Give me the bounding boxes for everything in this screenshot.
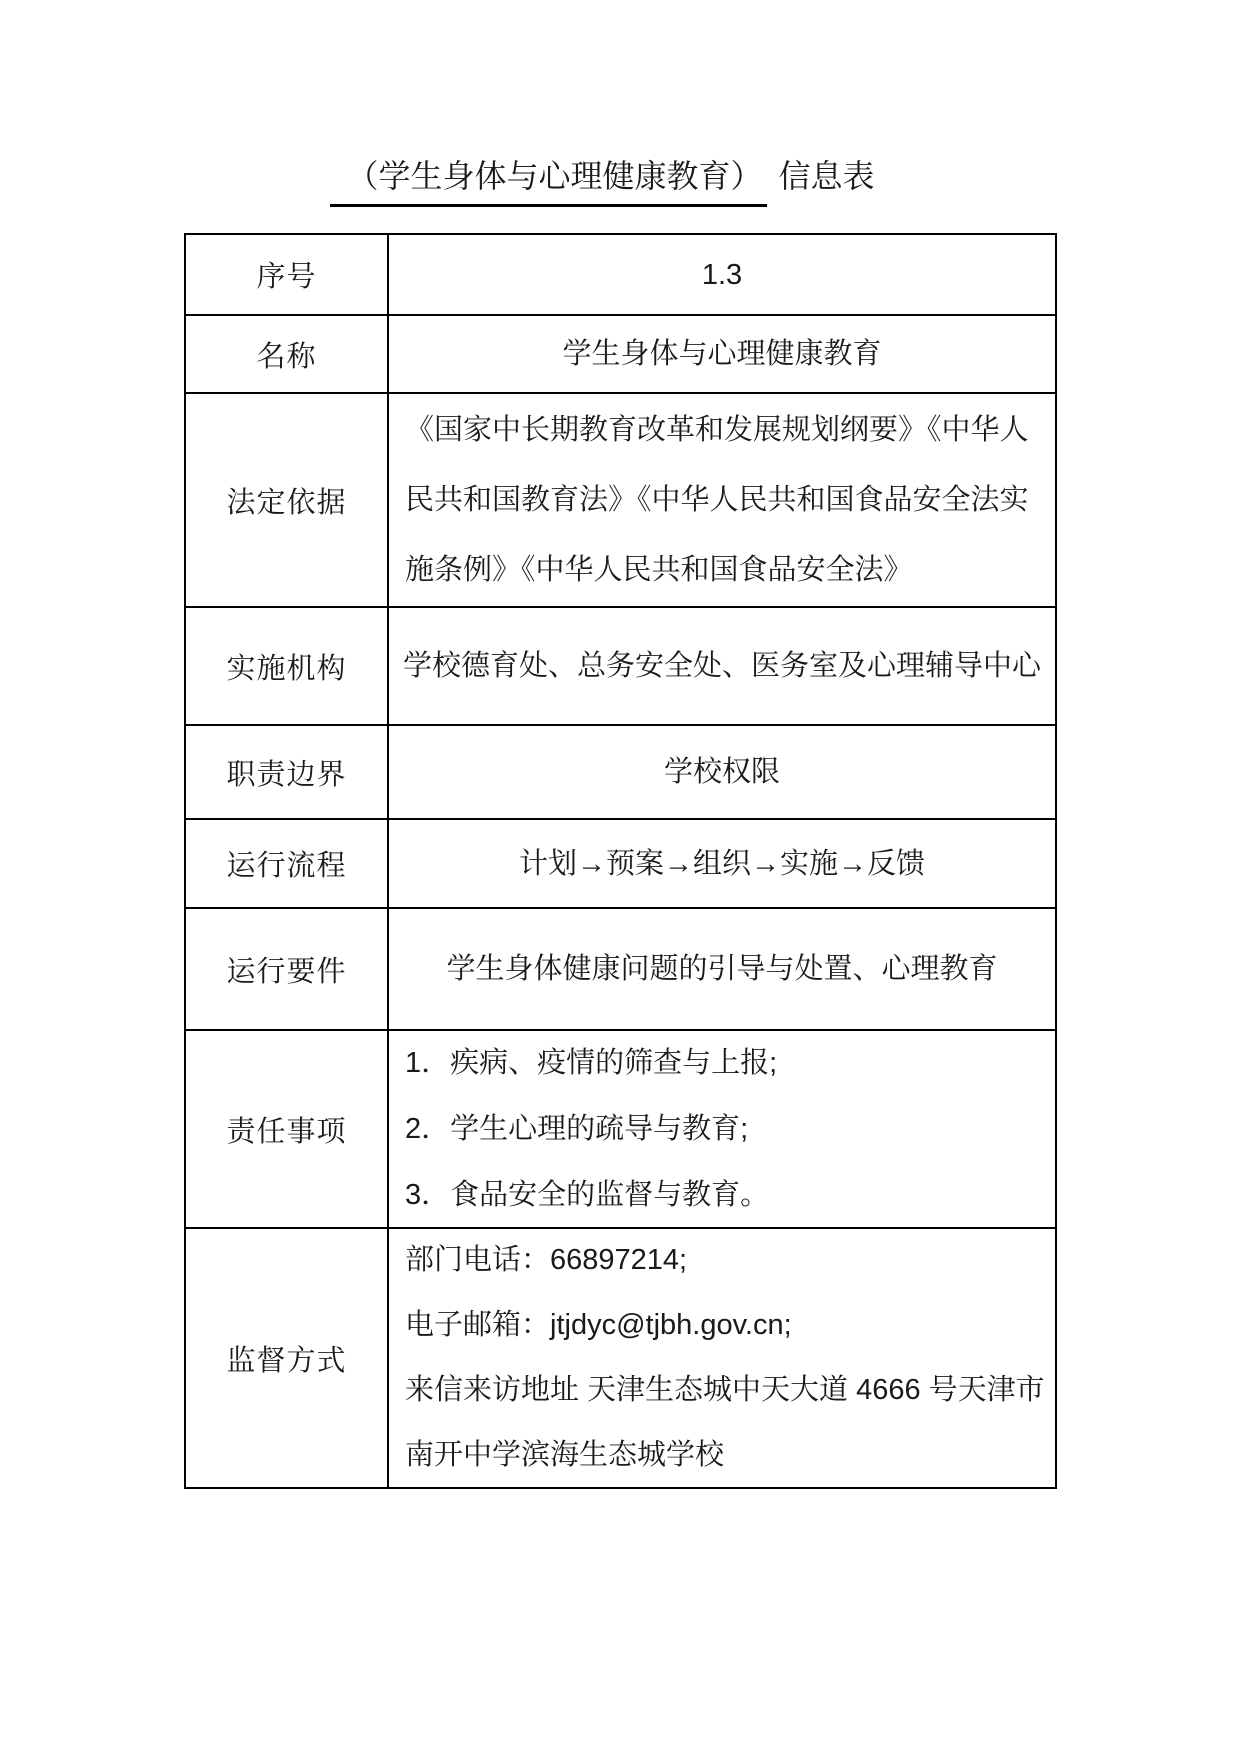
row-legal-basis-label: 法定依据 xyxy=(186,394,389,606)
row-name-label: 名称 xyxy=(186,316,389,392)
page-title: （学生身体与心理健康教育）信息表 xyxy=(0,152,1241,207)
row-responsibility-items-value: 1．疾病、疫情的筛查与上报; 2．学生心理的疏导与教育; 3．食品安全的监督与教… xyxy=(389,1031,1055,1227)
info-table: 序号 1.3 名称 学生身体与心理健康教育 法定依据 《国家中长期教育改革和发展… xyxy=(184,233,1057,1489)
row-name-value: 学生身体与心理健康教育 xyxy=(389,316,1055,392)
row-operation-requirements: 运行要件 学生身体健康问题的引导与处置、心理教育 xyxy=(186,909,1055,1031)
title-underlined-part: （学生身体与心理健康教育） xyxy=(330,152,766,207)
row-operation-process-label: 运行流程 xyxy=(186,820,389,907)
row-operation-requirements-label: 运行要件 xyxy=(186,909,389,1029)
row-operation-requirements-value: 学生身体健康问题的引导与处置、心理教育 xyxy=(389,909,1055,1029)
row-responsibility-items-label: 责任事项 xyxy=(186,1031,389,1227)
row-supervision-method-label: 监督方式 xyxy=(186,1229,389,1487)
row-responsibility-boundary: 职责边界 学校权限 xyxy=(186,726,1055,820)
row-implementing-agency: 实施机构 学校德育处、总务安全处、医务室及心理辅导中心 xyxy=(186,608,1055,726)
row-operation-process-value: 计划→预案→组织→实施→反馈 xyxy=(389,820,1055,907)
row-serial-number-value: 1.3 xyxy=(389,235,1055,314)
row-name: 名称 学生身体与心理健康教育 xyxy=(186,316,1055,394)
row-responsibility-boundary-label: 职责边界 xyxy=(186,726,389,818)
row-serial-number: 序号 1.3 xyxy=(186,235,1055,316)
row-implementing-agency-label: 实施机构 xyxy=(186,608,389,724)
document-page: （学生身体与心理健康教育）信息表 序号 1.3 名称 学生身体与心理健康教育 法… xyxy=(0,0,1241,1754)
row-responsibility-items: 责任事项 1．疾病、疫情的筛查与上报; 2．学生心理的疏导与教育; 3．食品安全… xyxy=(186,1031,1055,1229)
row-responsibility-boundary-value: 学校权限 xyxy=(389,726,1055,818)
title-suffix: 信息表 xyxy=(779,152,875,200)
row-supervision-method-value: 部门电话：66897214; 电子邮箱：jtjdyc@tjbh.gov.cn; … xyxy=(389,1229,1055,1487)
row-supervision-method: 监督方式 部门电话：66897214; 电子邮箱：jtjdyc@tjbh.gov… xyxy=(186,1229,1055,1487)
row-legal-basis: 法定依据 《国家中长期教育改革和发展规划纲要》《中华人 民共和国教育法》《中华人… xyxy=(186,394,1055,608)
row-implementing-agency-value: 学校德育处、总务安全处、医务室及心理辅导中心 xyxy=(389,608,1055,724)
row-serial-number-label: 序号 xyxy=(186,235,389,314)
row-operation-process: 运行流程 计划→预案→组织→实施→反馈 xyxy=(186,820,1055,909)
row-legal-basis-value: 《国家中长期教育改革和发展规划纲要》《中华人 民共和国教育法》《中华人民共和国食… xyxy=(389,394,1055,606)
